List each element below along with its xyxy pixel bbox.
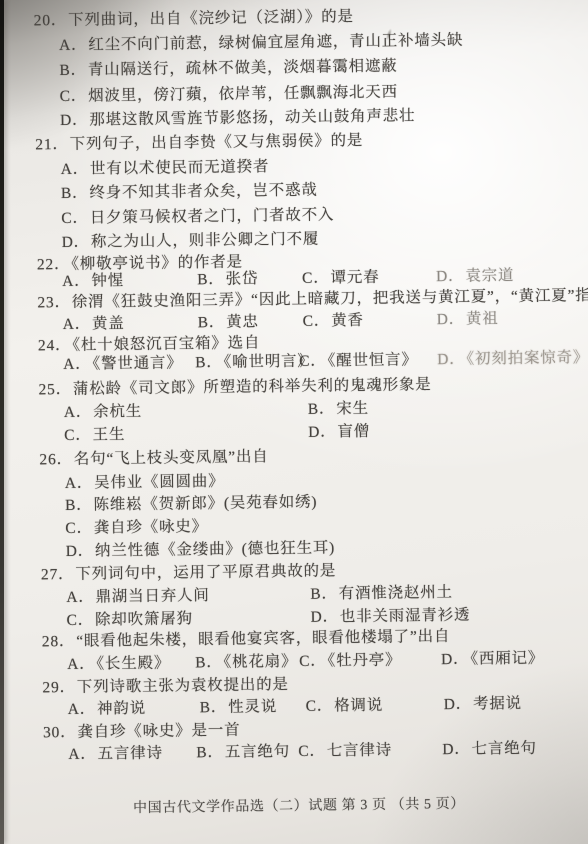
question-28: 28．“眼看他起朱楼，眼看他宴宾客，眼看他楼塌了”出自A．《长生殿》B．《桃花扇… xyxy=(0,0,582,4)
option-text: 黄忠 xyxy=(226,313,259,330)
option-text: 王生 xyxy=(92,426,125,443)
option-label: B． xyxy=(59,62,87,79)
option-label: B． xyxy=(198,314,226,331)
option-label: A． xyxy=(68,746,97,763)
option-text: 七言绝句 xyxy=(471,740,536,758)
option-B: B．五言绝句 xyxy=(196,742,290,763)
option-D: D．《初刻拍案惊奇》 xyxy=(437,348,588,370)
question-21: 21．下列句子，出自李贽《又与焦弱侯》的是A．世有以术使民而无道揆者B．终身不知… xyxy=(0,0,582,4)
option-text: 《长生殿》 xyxy=(96,655,170,673)
option-label: C． xyxy=(299,353,327,370)
option-label: D． xyxy=(66,543,95,560)
option-text: 那堪这散风雪旌节影悠扬，动关山鼓角声悲壮 xyxy=(89,107,415,128)
option-label: B． xyxy=(195,654,223,671)
option-text: 称之为山人，则非公卿之门不履 xyxy=(91,231,319,251)
option-C: C．《醒世恒言》 xyxy=(299,350,418,372)
option-label: B． xyxy=(196,744,224,761)
question-30: 30．龚自珍《咏史》是一首A．五言律诗B．五言绝句C．七言律诗D．七言绝句 xyxy=(0,0,582,4)
option-text: 《牡丹亭》 xyxy=(327,652,401,670)
option-B: B．有酒惟浇赵州土 xyxy=(310,583,453,605)
option-text: 烟波里，傍汀蘋，依岸苇，任飘飘海北天西 xyxy=(88,84,398,105)
option-text: 《警世通言》 xyxy=(92,354,182,372)
option-B: B．性灵说 xyxy=(200,697,278,718)
option-label: D． xyxy=(437,311,466,328)
question-stem: 26．名句“飞上枝头变凤凰”出自 xyxy=(39,447,268,470)
option-text: 日夕策马候权者之门，门者故不入 xyxy=(90,206,335,226)
option-text: 黄祖 xyxy=(466,310,499,327)
option-text: 余杭生 xyxy=(93,403,142,421)
option-label: A． xyxy=(68,701,97,718)
question-text: “眼看他起朱楼，眼看他宴宾客，眼看他楼塌了”出自 xyxy=(76,628,450,650)
question-23: 23．徐渭《狂鼓史渔阳三弄》“因此上暗藏刀，把我送与黄江夏”，“黄江夏”指的是A… xyxy=(0,0,582,4)
option-label: C． xyxy=(299,653,327,670)
option-text: 五言绝句 xyxy=(225,743,290,761)
option-label: D． xyxy=(310,608,339,625)
option-A: A．鼎湖当日弃人间 xyxy=(66,586,210,608)
option-text: 鼎湖当日弃人间 xyxy=(95,587,209,605)
option-C: C．格调说 xyxy=(306,696,384,717)
option-label: A． xyxy=(63,356,92,373)
question-text: 下列词句中，运用了平原君典故的是 xyxy=(75,562,336,582)
option-D: D．称之为山人，则非公卿之门不履 xyxy=(62,230,320,253)
option-C: C．黄香 xyxy=(303,311,364,332)
option-C: C．日夕策马候权者之门，门者故不入 xyxy=(61,205,334,229)
question-number: 29． xyxy=(42,679,76,696)
option-text: 考据说 xyxy=(473,695,522,713)
question-number: 25． xyxy=(38,381,72,398)
question-number: 26． xyxy=(39,451,73,468)
option-text: 袁宗道 xyxy=(465,267,514,285)
option-D: D．《西厢记》 xyxy=(441,649,544,670)
option-text: 除却吹箫屠狗 xyxy=(95,610,193,628)
option-text: 《西厢记》 xyxy=(470,650,544,668)
option-C: C．龚自珍《咏史》 xyxy=(65,517,208,539)
question-stem: 27．下列词句中，运用了平原君典故的是 xyxy=(41,561,336,585)
question-number: 24． xyxy=(38,337,72,354)
option-text: 七言律诗 xyxy=(327,742,392,760)
option-label: D． xyxy=(444,696,473,713)
option-B: B．陈维崧《贺新郎》(吴苑春如绣) xyxy=(65,493,318,516)
question-text: 下列曲词，出自《浣纱记（泛湖）》的是 xyxy=(68,8,354,29)
option-text: 神韵说 xyxy=(97,700,146,718)
question-29: 29．下列诗歌主张为袁枚提出的是A．神韵说B．性灵说C．格调说D．考据说 xyxy=(0,0,582,4)
question-text: 蒲松龄《司文郎》所塑造的科举失利的鬼魂形象是 xyxy=(73,376,432,398)
question-number: 28． xyxy=(42,633,76,650)
option-label: A． xyxy=(63,316,92,333)
question-text: 龚自珍《咏史》是一首 xyxy=(77,722,240,741)
option-text: 《初刻拍案惊奇》 xyxy=(466,349,588,368)
question-stem: 30．龚自珍《咏史》是一首 xyxy=(43,721,241,744)
option-D: D．考据说 xyxy=(444,694,522,715)
option-A: A．钟惺 xyxy=(62,271,124,292)
question-text: 名句“飞上枝头变凤凰”出自 xyxy=(74,448,269,468)
option-A: A．《警世通言》 xyxy=(63,353,183,375)
option-label: C． xyxy=(302,270,330,287)
option-B: B．终身不知其非者众矣，岂不惑哉 xyxy=(61,181,318,204)
option-label: C． xyxy=(303,313,331,330)
option-C: C．王生 xyxy=(64,425,125,446)
question-number: 23． xyxy=(37,294,71,311)
option-label: A． xyxy=(67,656,96,673)
option-label: D． xyxy=(308,423,337,440)
option-label: B． xyxy=(61,185,89,202)
question-stem: 29．下列诗歌主张为袁枚提出的是 xyxy=(42,675,289,698)
option-text: 格调说 xyxy=(334,697,383,715)
option-D: D．七言绝句 xyxy=(442,739,537,760)
question-stem: 25．蒲松龄《司文郎》所塑造的科举失利的鬼魂形象是 xyxy=(38,375,431,400)
option-label: B． xyxy=(200,699,228,716)
option-text: 红尘不向门前惹，绿树偏宜屋角遮，青山正补墙头缺 xyxy=(88,32,463,54)
option-label: A． xyxy=(65,475,94,492)
option-B: B．青山隔送行，疏林不做美，淡烟暮霭相遮蔽 xyxy=(59,57,397,81)
option-label: C． xyxy=(298,743,326,760)
option-text: 盲僧 xyxy=(337,423,370,440)
option-C: C．除却吹箫屠狗 xyxy=(66,609,193,631)
option-D: D．那堪这散风雪旌节影悠扬，动关山鼓角声悲壮 xyxy=(60,106,416,131)
question-20: 20．下列曲词，出自《浣纱记（泛湖）》的是A．红尘不向门前惹，绿树偏宜屋角遮，青… xyxy=(0,0,582,4)
option-C: C．七言律诗 xyxy=(298,741,392,762)
option-text: 性灵说 xyxy=(228,698,277,716)
option-label: C． xyxy=(61,210,89,227)
option-text: 青山隔送行，疏林不做美，淡烟暮霭相遮蔽 xyxy=(88,58,398,79)
option-text: 陈维崧《贺新郎》(吴苑春如绣) xyxy=(93,494,317,514)
option-text: 终身不知其非者众矣，岂不惑哉 xyxy=(89,182,317,202)
option-A: A．余杭生 xyxy=(64,402,142,423)
question-26: 26．名句“飞上枝头变凤凰”出自A．吴伟业《圆圆曲》B．陈维崧《贺新郎》(吴苑春… xyxy=(0,0,582,4)
option-text: 纳兰性德《金缕曲》(德也狂生耳) xyxy=(95,539,335,559)
option-A: A．黄盖 xyxy=(63,314,125,335)
question-number: 21． xyxy=(35,136,69,153)
question-27: 27．下列词句中，运用了平原君典故的是A．鼎湖当日弃人间B．有酒惟浇赵州土C．除… xyxy=(0,0,582,4)
option-label: D． xyxy=(60,112,89,129)
option-label: D． xyxy=(442,741,471,758)
question-list: 20．下列曲词，出自《浣纱记（泛湖）》的是A．红尘不向门前惹，绿树偏宜屋角遮，青… xyxy=(0,0,582,4)
option-A: A．世有以术使民而无道揆者 xyxy=(61,157,270,180)
option-D: D．黄祖 xyxy=(437,309,499,330)
option-label: D． xyxy=(62,234,91,251)
option-text: 钟惺 xyxy=(91,272,124,289)
option-label: D． xyxy=(441,651,470,668)
option-text: 黄盖 xyxy=(92,315,125,332)
option-D: D．盲僧 xyxy=(308,422,370,443)
option-A: A．《长生殿》 xyxy=(67,654,170,675)
question-stem: 28．“眼看他起朱楼，眼看他宴宾客，眼看他楼塌了”出自 xyxy=(42,627,451,652)
option-text: 五言律诗 xyxy=(98,745,163,763)
exam-content: 20．下列曲词，出自《浣纱记（泛湖）》的是A．红尘不向门前惹，绿树偏宜屋角遮，青… xyxy=(0,0,588,844)
option-A: A．红尘不向门前惹，绿树偏宜屋角遮，青山正补墙头缺 xyxy=(59,31,463,56)
question-text: 《杜十娘怒沉百宝箱》选自 xyxy=(72,334,260,353)
question-stem: 20．下列曲词，出自《浣纱记（泛湖）》的是 xyxy=(34,7,354,31)
option-label: A． xyxy=(61,161,90,178)
option-text: 也非关雨湿青衫透 xyxy=(340,607,471,626)
option-A: A．神韵说 xyxy=(68,699,146,720)
option-A: A．五言律诗 xyxy=(68,744,163,765)
question-text: 下列句子，出自李贽《又与焦弱侯》的是 xyxy=(70,132,364,153)
option-text: 龚自珍《咏史》 xyxy=(94,518,208,536)
option-C: C．烟波里，傍汀蘋，依岸苇，任飘飘海北天西 xyxy=(60,83,398,107)
option-D: D．也非关雨湿青衫透 xyxy=(310,606,470,628)
option-label: B． xyxy=(195,354,223,371)
option-text: 谭元春 xyxy=(330,269,379,287)
option-label: B． xyxy=(310,585,338,602)
option-text: 《桃花扇》 xyxy=(223,653,297,671)
question-text: 下列诗歌主张为袁枚提出的是 xyxy=(77,676,289,696)
question-24: 24．《杜十娘怒沉百宝箱》选自A．《警世通言》B．《喻世明言》C．《醒世恒言》D… xyxy=(0,0,582,4)
option-A: A．吴伟业《圆圆曲》 xyxy=(65,472,225,494)
option-label: C． xyxy=(66,612,94,629)
option-label: C． xyxy=(306,698,334,715)
option-label: C． xyxy=(65,520,93,537)
option-text: 宋生 xyxy=(336,400,369,417)
option-text: 《醒世恒言》 xyxy=(328,351,418,369)
option-label: D． xyxy=(436,268,465,285)
question-number: 27． xyxy=(41,566,75,583)
option-label: A． xyxy=(64,404,93,421)
question-number: 30． xyxy=(43,724,77,741)
option-label: C． xyxy=(60,88,88,105)
option-label: B． xyxy=(308,400,336,417)
option-B: B．黄忠 xyxy=(198,312,259,333)
option-label: B． xyxy=(65,497,93,514)
option-label: B． xyxy=(197,271,225,288)
option-label: C． xyxy=(64,427,92,444)
question-22: 22．《柳敬亭说书》的作者是A．钟惺B．张岱C．谭元春D．袁宗道 xyxy=(0,0,582,4)
option-D: D．纳兰性德《金缕曲》(德也狂生耳) xyxy=(66,538,336,562)
option-C: C．《牡丹亭》 xyxy=(299,651,401,672)
option-D: D．袁宗道 xyxy=(436,266,514,287)
exam-page-photo: 20．下列曲词，出自《浣纱记（泛湖）》的是A．红尘不向门前惹，绿树偏宜屋角遮，青… xyxy=(0,0,588,844)
option-B: B．《桃花扇》 xyxy=(195,652,297,673)
question-text: 徐渭《狂鼓史渔阳三弄》“因此上暗藏刀，把我送与黄江夏”，“黄江夏”指的是 xyxy=(72,287,588,311)
option-text: 黄香 xyxy=(331,312,364,329)
option-label: A． xyxy=(66,589,95,606)
question-stem: 21．下列句子，出自李贽《又与焦弱侯》的是 xyxy=(35,131,363,155)
question-number: 22． xyxy=(37,256,71,273)
option-text: 世有以术使民而无道揆者 xyxy=(90,158,270,177)
option-text: 张岱 xyxy=(225,270,258,287)
option-text: 吴伟业《圆圆曲》 xyxy=(94,473,225,492)
option-label: A． xyxy=(62,273,91,290)
page-footer: 中国古代文学作品选（二）试题 第 3 页 （共 5 页） xyxy=(5,791,588,819)
option-B: B．张岱 xyxy=(197,269,258,290)
option-label: A． xyxy=(59,37,88,54)
question-25: 25．蒲松龄《司文郎》所塑造的科举失利的鬼魂形象是A．余杭生B．宋生C．王生D．… xyxy=(0,0,582,4)
option-B: B．宋生 xyxy=(308,399,369,420)
option-B: B．《喻世明言》 xyxy=(195,352,314,374)
option-C: C．谭元春 xyxy=(302,268,380,289)
option-text: 有酒惟浇赵州土 xyxy=(339,584,453,602)
option-label: D． xyxy=(437,351,466,368)
question-number: 20． xyxy=(34,12,68,29)
